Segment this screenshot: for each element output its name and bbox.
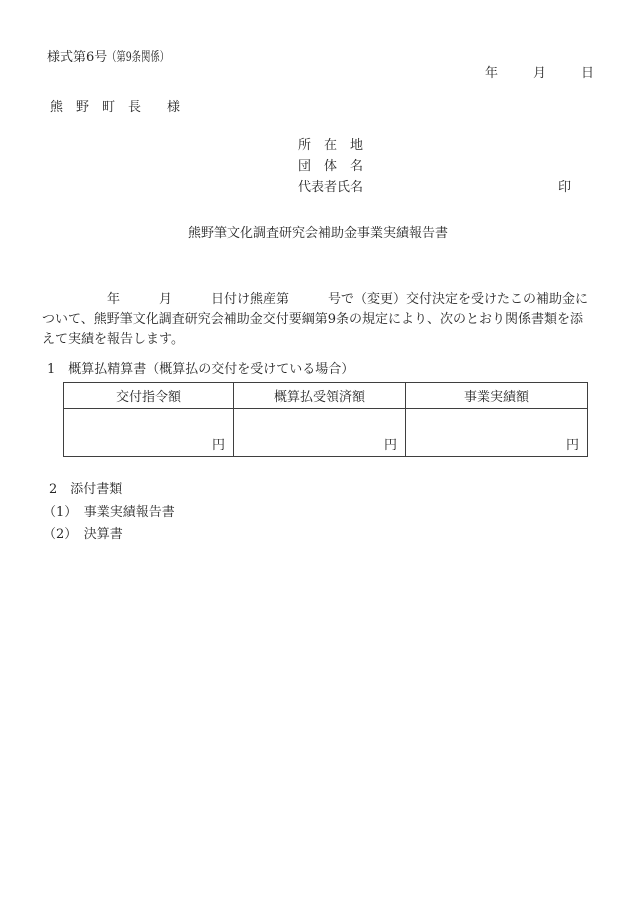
- grant-order-amount-cell: 円: [64, 409, 234, 457]
- day-label: 日: [581, 66, 594, 81]
- form-number: 様式第6号（第9条関係）: [47, 50, 594, 66]
- section1-heading: 1 概算払精算書（概算払の交付を受けている場合）: [47, 362, 594, 378]
- seal-mark: 印: [558, 180, 571, 195]
- date-line: 年月日: [42, 66, 594, 82]
- yen-unit: 円: [566, 438, 579, 453]
- sender-address-label: 所 在 地: [298, 135, 594, 156]
- provisional-received-amount-cell: 円: [234, 409, 406, 457]
- year-label: 年: [485, 66, 498, 81]
- body-line: 年 月 日付け熊産第 号で（変更）交付決定を受けたこの補助金に: [42, 290, 594, 310]
- section2-heading: 2 添付書類: [49, 482, 594, 498]
- yen-unit: 円: [384, 438, 397, 453]
- attachment-item: （1） 事業実績報告書: [43, 502, 594, 524]
- col-header-project-actual-amount: 事業実績額: [406, 383, 588, 409]
- sender-block: 所 在 地 団 体 名 代表者氏名印: [298, 135, 594, 198]
- table-header-row: 交付指令額 概算払受領済額 事業実績額: [64, 383, 588, 409]
- body-paragraph: 年 月 日付け熊産第 号で（変更）交付決定を受けたこの補助金に ついて、熊野筆文…: [42, 290, 594, 350]
- body-line: ついて、熊野筆文化調査研究会補助金交付要綱第9条の規定により、次のとおり関係書類…: [42, 310, 594, 330]
- attachment-item: （2） 決算書: [43, 524, 594, 546]
- addressee: 熊 野 町 長 様: [50, 100, 594, 116]
- form-number-paren: （第9条関係）: [107, 50, 169, 66]
- project-actual-amount-cell: 円: [406, 409, 588, 457]
- col-header-provisional-received-amount: 概算払受領済額: [234, 383, 406, 409]
- sender-org-label: 団 体 名: [298, 156, 594, 177]
- document-page: 様式第6号（第9条関係） 年月日 熊 野 町 長 様 所 在 地 団 体 名 代…: [0, 0, 630, 903]
- sender-rep-label: 代表者氏名: [298, 180, 363, 195]
- body-line: えて実績を報告します。: [42, 330, 594, 350]
- document-title: 熊野筆文化調査研究会補助金事業実績報告書: [42, 225, 594, 242]
- yen-unit: 円: [212, 438, 225, 453]
- col-header-grant-order-amount: 交付指令額: [64, 383, 234, 409]
- form-number-main: 様式第6号: [47, 50, 107, 65]
- table-data-row: 円 円 円: [64, 409, 588, 457]
- attachment-list: （1） 事業実績報告書 （2） 決算書: [43, 502, 594, 546]
- month-label: 月: [533, 66, 546, 81]
- sender-rep-row: 代表者氏名印: [298, 177, 594, 198]
- settlement-table: 交付指令額 概算払受領済額 事業実績額 円 円 円: [63, 382, 588, 457]
